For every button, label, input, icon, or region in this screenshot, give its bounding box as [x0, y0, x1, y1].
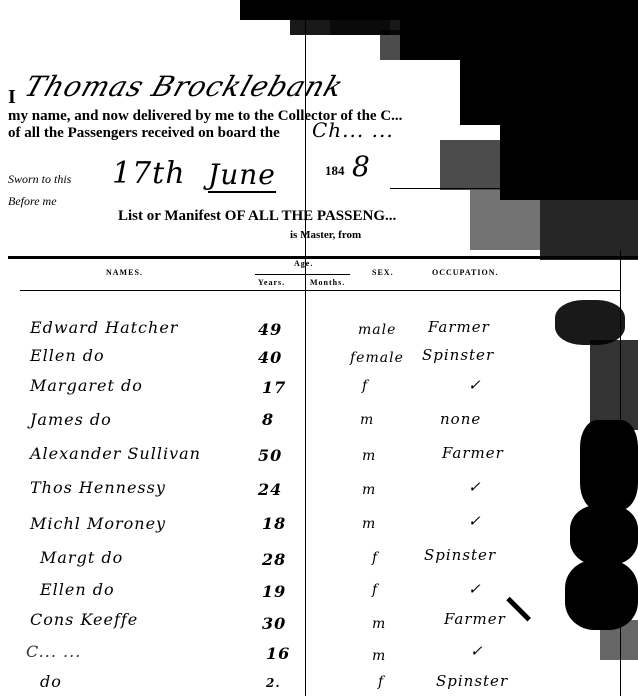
passenger-age: 24: [258, 480, 282, 499]
signature: Thomas Brocklebank: [21, 70, 348, 103]
passenger-name: do: [40, 672, 62, 691]
header-occupation: OCCUPATION.: [432, 268, 498, 277]
ink-stroke-mark: [506, 597, 531, 622]
passenger-name: Margaret do: [30, 376, 143, 395]
passenger-sex: f: [378, 674, 384, 690]
header-years: Years.: [258, 278, 285, 287]
passenger-sex: m: [360, 412, 374, 428]
oath-line-3: of all the Passengers received on board …: [8, 125, 280, 142]
passenger-sex: f: [372, 550, 378, 566]
header-names: NAMES.: [106, 268, 143, 277]
passenger-name: Cons Keeffe: [30, 610, 138, 629]
passenger-name: James do: [30, 410, 112, 429]
passenger-name: Michl Moroney: [30, 514, 166, 533]
header-rule-top: [8, 256, 638, 259]
passenger-sex: m: [362, 448, 376, 464]
passenger-age: 30: [262, 614, 286, 633]
manifest-subtitle: is Master, from: [290, 229, 361, 241]
passenger-age: 19: [262, 582, 286, 601]
header-months: Months.: [310, 278, 345, 287]
passenger-age: 18: [262, 514, 286, 533]
passenger-occupation: ✓: [468, 376, 482, 394]
passenger-sex: f: [372, 582, 378, 598]
passenger-name: Thos Hennessy: [30, 478, 166, 497]
passenger-occupation: Spinster: [436, 672, 508, 690]
sworn-label: Sworn to this: [8, 172, 71, 187]
passenger-age: 40: [258, 348, 282, 367]
passenger-sex: male: [358, 322, 396, 338]
passenger-age: 50: [258, 446, 282, 465]
header-rule-bottom: [20, 290, 620, 291]
sworn-month: June: [208, 158, 276, 193]
passenger-sex: m: [372, 616, 386, 632]
passenger-age: 2.: [266, 676, 281, 690]
passenger-occupation: ✓: [470, 642, 484, 660]
passenger-age: 17: [262, 378, 286, 397]
passenger-occupation: none: [440, 410, 481, 428]
passenger-age: 16: [266, 644, 290, 663]
passenger-occupation: Farmer: [428, 318, 490, 336]
passenger-occupation: ✓: [468, 478, 482, 496]
passenger-name: Edward Hatcher: [30, 318, 178, 337]
sworn-day: 17th: [112, 156, 186, 191]
passenger-name: C... ...: [26, 642, 81, 661]
passenger-name: Ellen do: [30, 346, 105, 365]
passenger-sex: m: [372, 648, 386, 664]
header-sex: SEX.: [372, 268, 394, 277]
passenger-name: Ellen do: [40, 580, 115, 599]
passenger-sex: female: [350, 350, 404, 366]
passenger-name: Margt do: [40, 548, 123, 567]
passenger-occupation: Farmer: [444, 610, 506, 628]
oath-prefix: I: [8, 86, 16, 109]
passenger-age: 28: [262, 550, 286, 569]
passenger-sex: m: [362, 482, 376, 498]
column-divider: [305, 0, 306, 696]
before-me-label: Before me: [8, 194, 57, 209]
age-rule: [255, 274, 350, 275]
passenger-occupation: ✓: [468, 512, 482, 530]
sworn-year-digit: 8: [352, 150, 371, 183]
passenger-occupation: Spinster: [424, 546, 496, 564]
vessel-name: Ch... ...: [312, 118, 394, 142]
passenger-age: 49: [258, 320, 282, 339]
passenger-name: Alexander Sullivan: [30, 444, 201, 463]
sworn-year-prefix: 184: [325, 163, 345, 179]
manifest-title: List or Manifest OF ALL THE PASSENG...: [118, 208, 396, 225]
passenger-occupation: Spinster: [422, 346, 494, 364]
sworn-rule: [390, 188, 638, 189]
header-age: Age.: [294, 259, 313, 268]
passenger-occupation: ✓: [468, 580, 482, 598]
passenger-sex: m: [362, 516, 376, 532]
passenger-occupation: Farmer: [442, 444, 504, 462]
right-rule: [620, 250, 621, 696]
passenger-age: 8: [262, 410, 274, 429]
passenger-sex: f: [362, 378, 368, 394]
